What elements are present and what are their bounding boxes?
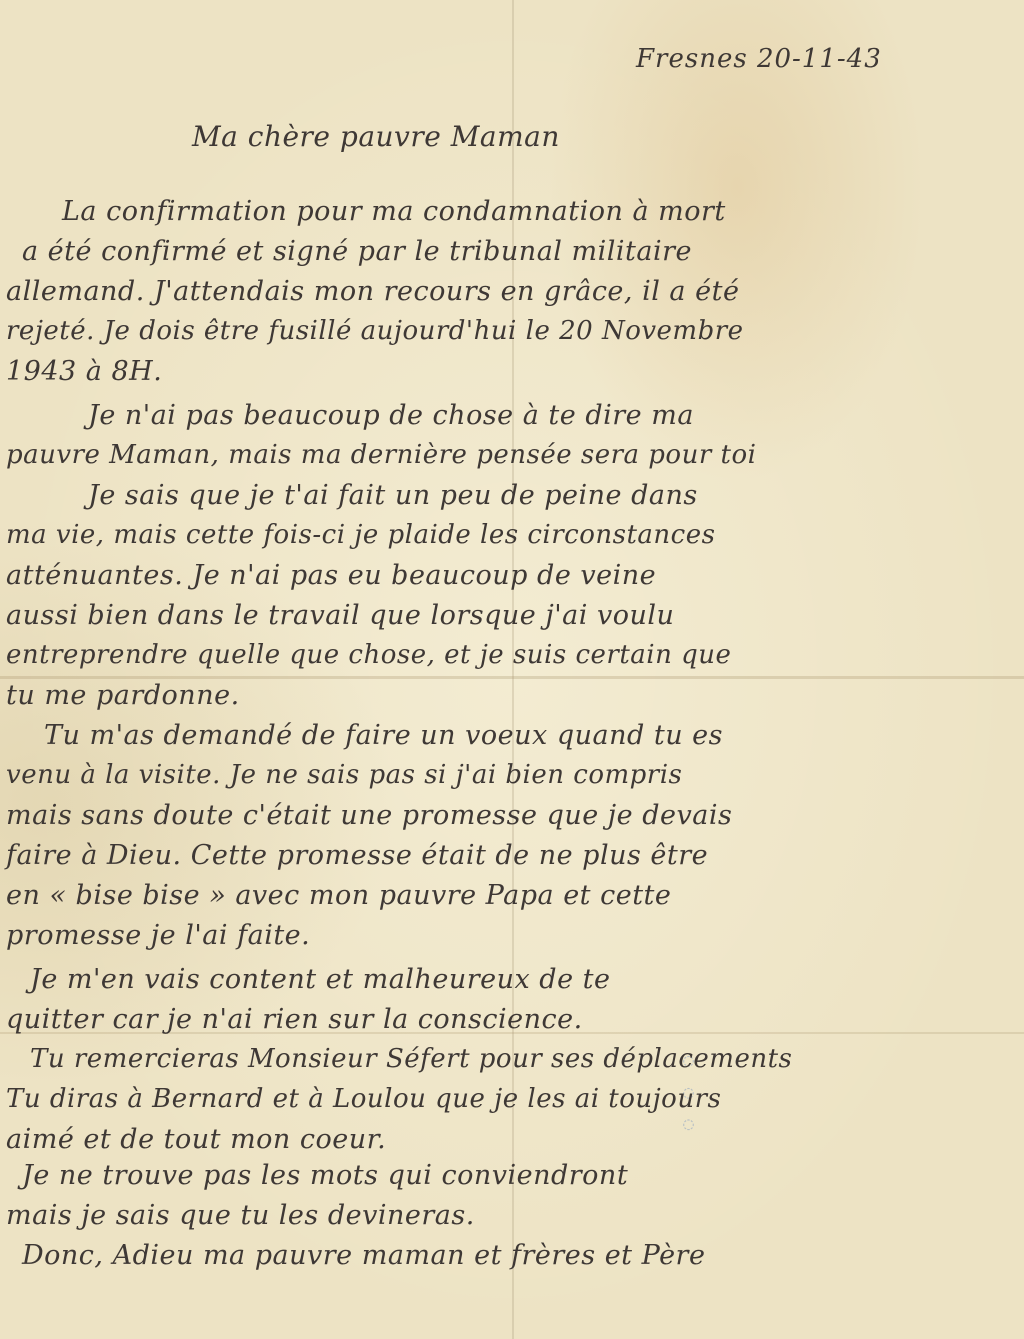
- salutation: Ma chère pauvre Maman: [192, 120, 560, 153]
- letter-line: aussi bien dans le travail que lorsque j…: [6, 600, 674, 631]
- letter-line: venu à la visite. Je ne sais pas si j'ai…: [6, 760, 682, 790]
- letter-line: pauvre Maman, mais ma dernière pensée se…: [6, 440, 756, 470]
- letter-line: Tu m'as demandé de faire un voeux quand …: [44, 720, 723, 751]
- letter-line: Je n'ai pas beaucoup de chose à te dire …: [88, 400, 694, 431]
- letter-line: a été confirmé et signé par le tribunal …: [22, 236, 692, 267]
- letter-line: Je sais que je t'ai fait un peu de peine…: [88, 480, 698, 511]
- letter-line: rejeté. Je dois être fusillé aujourd'hui…: [6, 316, 744, 346]
- letter-line: Tu remercieras Monsieur Séfert pour ses …: [30, 1044, 792, 1074]
- letter-line: ma vie, mais cette fois-ci je plaide les…: [6, 520, 715, 550]
- place-date: Fresnes 20-11-43: [636, 44, 882, 74]
- letter-line: Je ne trouve pas les mots qui conviendro…: [22, 1160, 628, 1191]
- letter-line: quitter car je n'ai rien sur la conscien…: [6, 1004, 583, 1035]
- letter-line: promesse je l'ai faite.: [6, 920, 310, 951]
- letter-line: allemand. J'attendais mon recours en grâ…: [6, 276, 739, 307]
- letter-line: Je m'en vais content et malheureux de te: [30, 964, 610, 995]
- letter-line: La confirmation pour ma condamnation à m…: [62, 196, 726, 227]
- letter-line: faire à Dieu. Cette promesse était de ne…: [6, 840, 708, 871]
- horizontal-fold-crease: [0, 676, 1024, 679]
- letter-line: mais sans doute c'était une promesse que…: [6, 800, 732, 831]
- letter-line: Tu diras à Bernard et à Loulou que je le…: [6, 1084, 721, 1114]
- letter-line: aimé et de tout mon coeur.: [6, 1124, 386, 1155]
- letter-line: en « bise bise » avec mon pauvre Papa et…: [6, 880, 671, 911]
- letter-line: atténuantes. Je n'ai pas eu beaucoup de …: [6, 560, 656, 591]
- letter-line: 1943 à 8H.: [6, 356, 162, 387]
- letter-line: tu me pardonne.: [6, 680, 240, 711]
- letter-line: Donc, Adieu ma pauvre maman et frères et…: [22, 1240, 705, 1271]
- letter-line: entreprendre quelle que chose, et je sui…: [6, 640, 731, 670]
- letter-line: mais je sais que tu les devineras.: [6, 1200, 475, 1231]
- letter-page: ◌ ◌ ◌ Fresnes 20-11-43 Ma chère pauvre M…: [0, 0, 1024, 1339]
